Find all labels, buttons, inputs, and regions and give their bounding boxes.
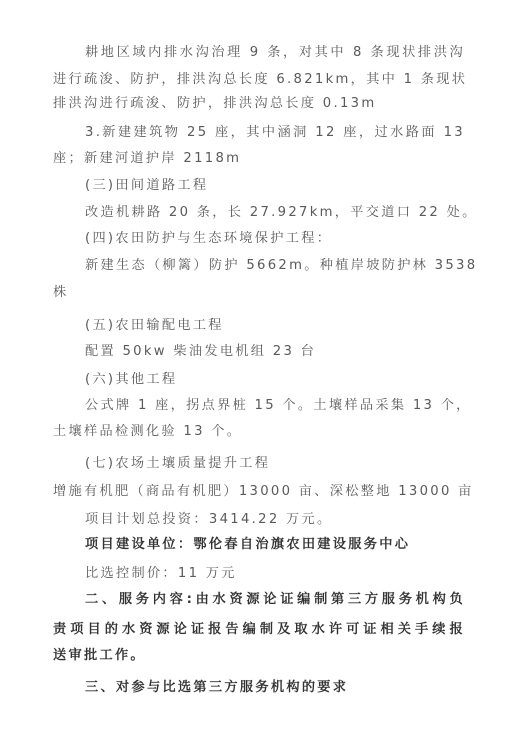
paragraph-line: 3.新建建筑物 25 座，其中涵洞 12 座，过水路面 13	[85, 124, 465, 142]
section-heading: (七)农场土壤质量提升工程	[85, 455, 465, 473]
paragraph-line: 公式牌 1 座，拐点界桩 15 个。土壤样品采集 13 个，	[85, 397, 465, 415]
paragraph-line: 排洪沟进行疏浚、防护，排洪沟总长度 0.13m	[53, 95, 465, 113]
paragraph-line: 耕地区域内排水沟治理 9 条，对其中 8 条现状排洪沟	[85, 44, 465, 62]
paragraph-line: 进行疏浚、防护，排洪沟总长度 6.821km，其中 1 条现状	[53, 71, 465, 89]
document-page: 耕地区域内排水沟治理 9 条，对其中 8 条现状排洪沟 进行疏浚、防护，排洪沟总…	[0, 0, 515, 756]
paragraph-line: 株	[53, 284, 465, 302]
paragraph-line: 土壤样品检测化验 13 个。	[53, 423, 465, 441]
requirements-heading: 三、对参与比选第三方服务机构的要求	[85, 679, 465, 697]
total-investment: 项目计划总投资：3414.22 万元。	[85, 511, 465, 529]
section-heading: (六)其他工程	[85, 371, 465, 389]
control-price: 比选控制价：11 万元	[85, 565, 465, 583]
paragraph-line: 配置 50kw 柴油发电机组 23 台	[85, 343, 465, 361]
construction-unit: 项目建设单位：鄂伦春自治旗农田建设服务中心	[85, 536, 465, 554]
paragraph-line: 送审批工作。	[53, 647, 465, 665]
paragraph-line: 座；新建河道护岸 2118m	[53, 150, 465, 168]
service-content-heading: 二、服务内容:由水资源论证编制第三方服务机构负	[85, 591, 465, 609]
section-heading: (四)农田防护与生态环境保护工程：	[85, 230, 465, 248]
section-heading: (三)田间道路工程	[85, 177, 465, 195]
paragraph-line: 新建生态（柳篱）防护 5662m。种植岸坡防护林 3538	[85, 257, 465, 275]
section-heading: (五)农田输配电工程	[85, 317, 465, 335]
paragraph-line: 改造机耕路 20 条，长 27.927km，平交道口 22 处。	[85, 204, 465, 222]
paragraph-line: 增施有机肥（商品有机肥）13000 亩、深松整地 13000 亩	[53, 483, 465, 501]
paragraph-line: 责项目的水资源论证报告编制及取水许可证相关手续报	[53, 621, 465, 639]
